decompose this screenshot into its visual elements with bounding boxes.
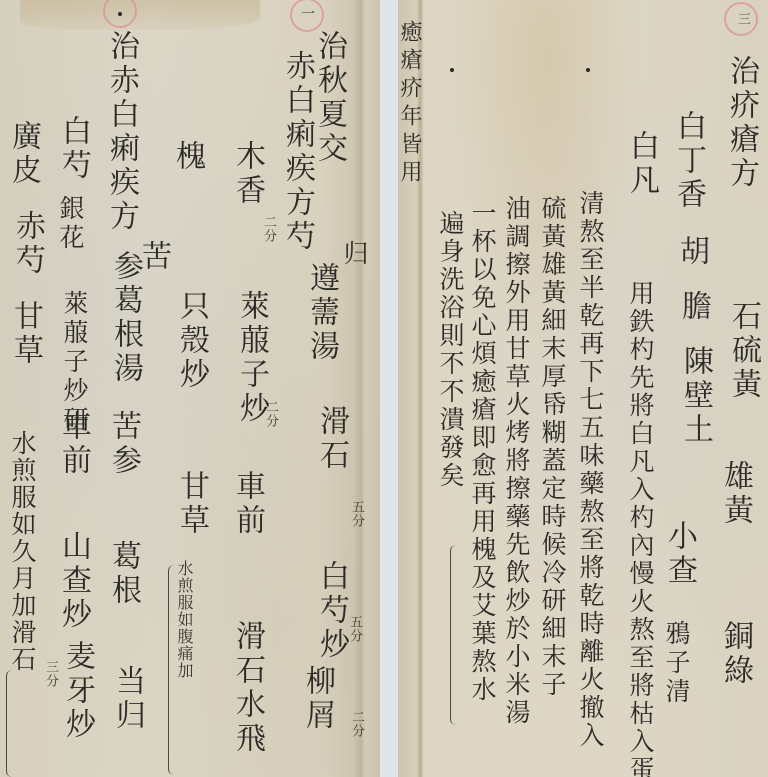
bracket-stroke bbox=[6, 670, 27, 777]
text-column: 槐 bbox=[172, 140, 202, 174]
text-column: 鴉子清 bbox=[664, 620, 689, 707]
text-column: 車前 bbox=[232, 470, 262, 538]
dose-note: 五分 bbox=[348, 615, 361, 643]
text-column: 苦参 bbox=[108, 410, 138, 478]
text-column: 用鉄杓先將白凡入杓內慢火熬至將枯入蛋 bbox=[628, 280, 653, 777]
title-column: 治疥瘡方 bbox=[726, 55, 756, 191]
right-page: 癒瘡疥年皆用 三 治疥瘡方 石硫黃 雄黃 銅綠 白丁香 胡 膽 陳壁土 小查 鴉… bbox=[398, 0, 768, 777]
ink-dot bbox=[450, 68, 454, 72]
text-column: 治秋夏交 bbox=[314, 30, 344, 166]
text-column: 一杯以免心煩癒瘡即愈再用槐及艾葉熬水 bbox=[470, 200, 495, 704]
text-column: 苦 bbox=[138, 240, 168, 274]
text-column: 膽 bbox=[678, 290, 708, 324]
text-column: 白芍炒 bbox=[316, 560, 346, 662]
text-column: 白凡 bbox=[626, 130, 656, 198]
dose-note: 二分 bbox=[264, 400, 277, 428]
bracket-stroke bbox=[168, 565, 189, 775]
text-column: 陳壁土 bbox=[680, 345, 710, 447]
spine-text: 癒瘡疥年皆用 bbox=[398, 20, 420, 188]
text-column: 水煎服如久月加滑石 bbox=[10, 430, 35, 673]
ink-dot bbox=[118, 12, 122, 16]
text-column: 木香 bbox=[232, 140, 262, 208]
text-column: 銅綠 bbox=[720, 620, 750, 688]
text-column: 滑石 bbox=[316, 405, 346, 473]
page-gutter bbox=[380, 0, 398, 777]
text-column: 小查 bbox=[664, 520, 694, 588]
text-column: 萊菔子炒 bbox=[236, 290, 266, 426]
text-column: 甘草 bbox=[176, 470, 206, 538]
dose-note: 五分 bbox=[350, 500, 363, 528]
ink-dot bbox=[586, 68, 590, 72]
text-column: 赤芍 bbox=[12, 210, 42, 278]
text-column: 葛根 bbox=[108, 540, 138, 608]
text-column: 硫黃雄黃細末厚帋糊蓋定時候冷研細末子 bbox=[540, 195, 565, 699]
text-column: 雄黃 bbox=[720, 460, 750, 528]
text-column: 山查炒 bbox=[58, 530, 88, 632]
text-column: 只殼炒 bbox=[176, 290, 206, 392]
text-column: 銀花 bbox=[58, 195, 83, 253]
page-marker: 三 bbox=[736, 12, 749, 26]
text-column: 油調擦外用甘草火烤將擦藥先飲炒於小米湯 bbox=[504, 195, 529, 727]
text-column: 遵薷湯 bbox=[306, 262, 336, 364]
text-column: 胡 bbox=[676, 235, 706, 269]
text-column: 治赤白痢疾方 bbox=[106, 30, 136, 234]
text-column: 白丁香 bbox=[673, 110, 703, 212]
text-column: 清熬至半乾再下七五味藥熬至將乾時離火撤入 bbox=[578, 190, 603, 750]
left-page: 一 治秋夏交 赤白痢疾方芍 归 遵薷湯 滑石 白芍炒 柳屑 木香 萊菔子炒 車前… bbox=[0, 0, 380, 777]
text-column: 甘草 bbox=[10, 300, 40, 368]
text-column: 柳屑 bbox=[302, 665, 332, 733]
text-column: 滑石水飛 bbox=[232, 620, 262, 756]
text-column: 当归 bbox=[112, 665, 142, 733]
text-column: 車前 bbox=[58, 410, 88, 478]
dose-note: 二分 bbox=[350, 710, 363, 738]
water-stain bbox=[20, 0, 260, 30]
text-column: 石硫黃 bbox=[728, 300, 758, 402]
bracket-stroke bbox=[450, 545, 471, 725]
page-marker: 一 bbox=[300, 6, 314, 24]
text-column: 麦牙炒 bbox=[62, 640, 92, 742]
text-column: 遍身洗浴則不不潰發矣 bbox=[438, 210, 463, 490]
text-column: 赤白痢疾方芍 bbox=[282, 50, 312, 254]
dose-note: 三分 bbox=[44, 660, 57, 688]
text-column: 廣皮 bbox=[8, 120, 38, 188]
dose-note: 二分 bbox=[262, 215, 275, 243]
text-column: 白芍 bbox=[58, 115, 88, 183]
text-column: 归 bbox=[342, 240, 367, 269]
